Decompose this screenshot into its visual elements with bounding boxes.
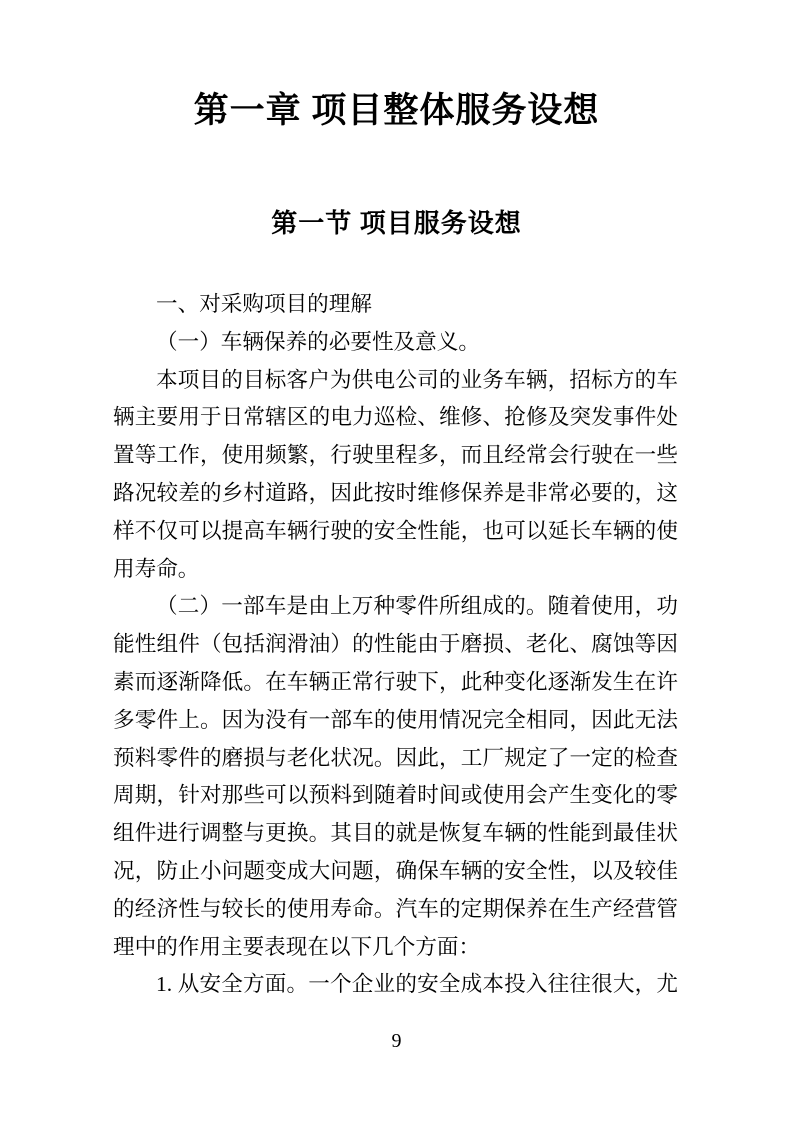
body-text-line: 素而逐渐降低。在车辆正常行驶下，此种变化逐渐发生在许 (113, 664, 678, 702)
document-body: 一、对采购项目的理解（一）车辆保养的必要性及意义。本项目的目标客户为供电公司的业… (113, 286, 678, 1004)
body-text-line: 周期，针对那些可以预料到随着时间或使用会产生变化的零 (113, 777, 678, 815)
body-text-line: 预料零件的磨损与老化状况。因此，工厂规定了一定的检查 (113, 740, 678, 778)
body-text-line: 用寿命。 (113, 551, 678, 589)
section-title: 第一节 项目服务设想 (0, 208, 793, 239)
body-text-line: （二）一部车是由上万种零件所组成的。随着使用，功 (113, 588, 678, 626)
body-text-line: 组件进行调整与更换。其目的就是恢复车辆的性能到最佳状 (113, 815, 678, 853)
body-text-line: 理中的作用主要表现在以下几个方面： (113, 929, 678, 967)
body-text-line: 样不仅可以提高车辆行驶的安全性能，也可以延长车辆的使 (113, 513, 678, 551)
body-text-line: 能性组件（包括润滑油）的性能由于磨损、老化、腐蚀等因 (113, 626, 678, 664)
page-number: 9 (0, 1028, 793, 1054)
document-page: 第一章 项目整体服务设想 第一节 项目服务设想 一、对采购项目的理解（一）车辆保… (0, 0, 793, 1122)
body-text-line: 一、对采购项目的理解 (113, 286, 678, 324)
body-text-line: 多零件上。因为没有一部车的使用情况完全相同，因此无法 (113, 702, 678, 740)
body-text-line: 辆主要用于日常辖区的电力巡检、维修、抢修及突发事件处 (113, 399, 678, 437)
body-text-line: 置等工作，使用频繁，行驶里程多，而且经常会行驶在一些 (113, 437, 678, 475)
body-text-line: （一）车辆保养的必要性及意义。 (113, 324, 678, 362)
chapter-title: 第一章 项目整体服务设想 (0, 90, 793, 132)
body-text-line: 1. 从安全方面。一个企业的安全成本投入往往很大，尤 (113, 966, 678, 1004)
body-text-line: 况，防止小问题变成大问题，确保车辆的安全性，以及较佳 (113, 853, 678, 891)
body-text-line: 本项目的目标客户为供电公司的业务车辆，招标方的车 (113, 362, 678, 400)
body-text-line: 的经济性与较长的使用寿命。汽车的定期保养在生产经营管 (113, 891, 678, 929)
body-text-line: 路况较差的乡村道路，因此按时维修保养是非常必要的，这 (113, 475, 678, 513)
